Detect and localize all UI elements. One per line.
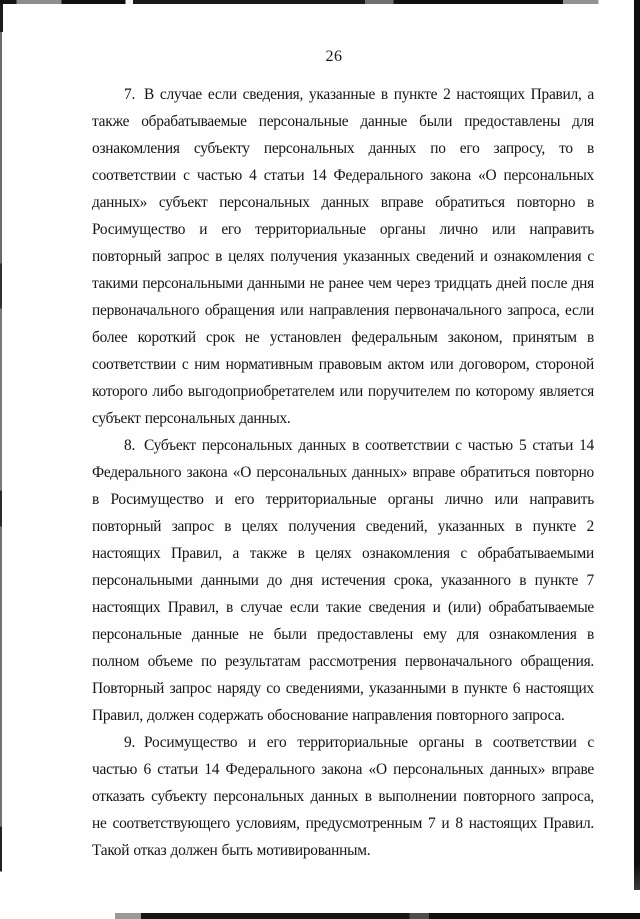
scan-border-left xyxy=(0,0,2,908)
paragraph: 7.В случае если сведения, указанные в пу… xyxy=(92,81,594,432)
document-body: 7.В случае если сведения, указанные в пу… xyxy=(92,81,594,864)
paragraph-number: 8. xyxy=(124,437,135,454)
paragraph-number: 7. xyxy=(124,86,135,103)
scan-border-bottom xyxy=(0,913,640,919)
paragraph-number: 9. xyxy=(124,734,135,751)
scan-artifact-notch xyxy=(0,4,3,32)
paragraph: 8.Субъект персональных данных в соответс… xyxy=(92,432,594,729)
page-content: 26 7.В случае если сведения, указанные в… xyxy=(92,0,594,864)
page-number: 26 xyxy=(83,48,585,66)
paragraph: 9.Росимущество и его территориальные орг… xyxy=(92,729,594,864)
scan-border-right xyxy=(634,0,640,890)
document-page: 26 7.В случае если сведения, указанные в… xyxy=(0,0,640,919)
